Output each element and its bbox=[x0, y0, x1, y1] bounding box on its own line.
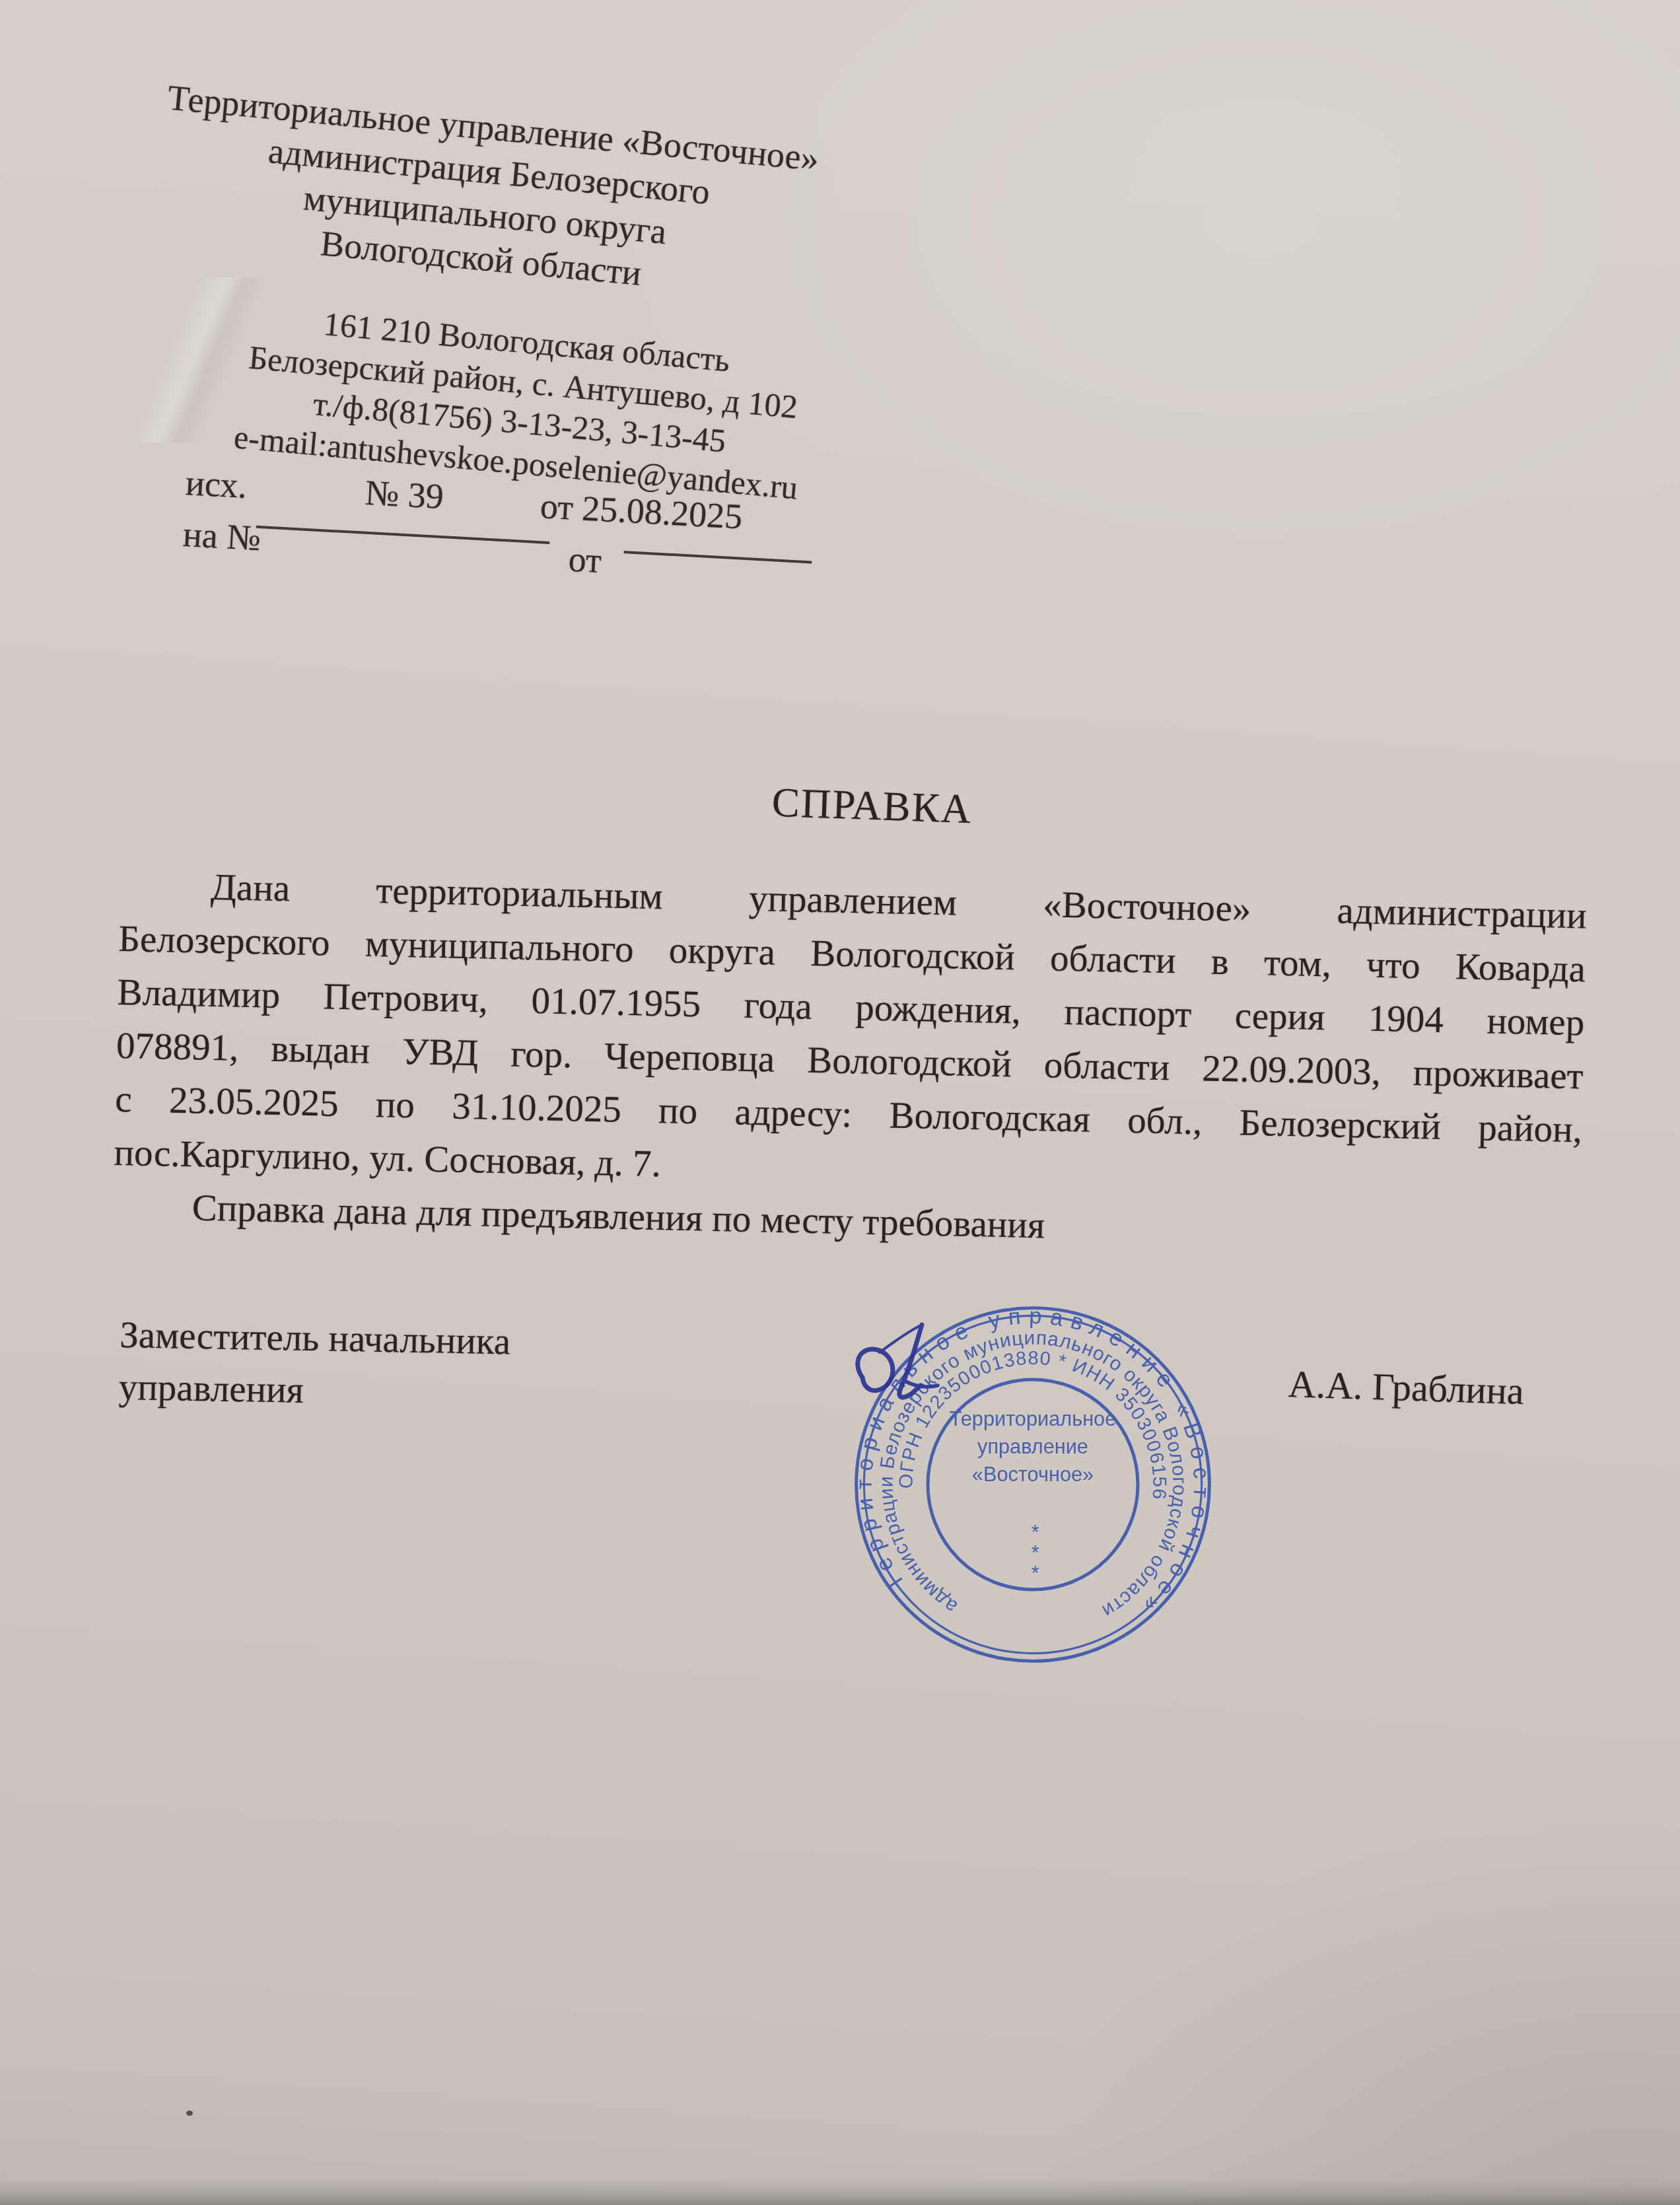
position-line: управления bbox=[118, 1361, 510, 1420]
stamp-asterisk: * bbox=[1032, 1562, 1039, 1585]
body-paragraph: Дана территориальным управлением «Восточ… bbox=[112, 858, 1587, 1263]
paper-speck bbox=[186, 2111, 193, 2116]
incoming-date-label: от bbox=[567, 539, 602, 582]
document-title: СПРАВКА bbox=[759, 778, 985, 834]
incoming-date-blank-line bbox=[624, 518, 814, 563]
stamp-center-line: «Восточное» bbox=[972, 1463, 1094, 1486]
handwritten-signature bbox=[840, 1321, 985, 1420]
stamp-asterisk: * bbox=[1032, 1541, 1039, 1564]
signatory-position: Заместитель начальника управления bbox=[118, 1309, 510, 1420]
outgoing-label: исх. bbox=[185, 462, 248, 507]
reference-block: исх. № 39 от 25.08.2025 на № от bbox=[181, 462, 952, 615]
stamp-center-line: управление bbox=[977, 1435, 1088, 1458]
paper-bottom-edge-shadow bbox=[0, 2179, 1680, 2205]
stamp-asterisk: * bbox=[1032, 1521, 1039, 1544]
incoming-number-blank-line bbox=[256, 493, 551, 544]
signatory-name: А.А. Граблина bbox=[1288, 1362, 1525, 1413]
signature-loop bbox=[858, 1349, 893, 1391]
position-line: Заместитель начальника bbox=[120, 1309, 511, 1368]
document-page: Территориальное управление «Восточное» а… bbox=[0, 0, 1680, 2205]
letterhead-org-block: Территориальное управление «Восточное» а… bbox=[122, 73, 852, 314]
incoming-label: на № bbox=[182, 514, 262, 559]
